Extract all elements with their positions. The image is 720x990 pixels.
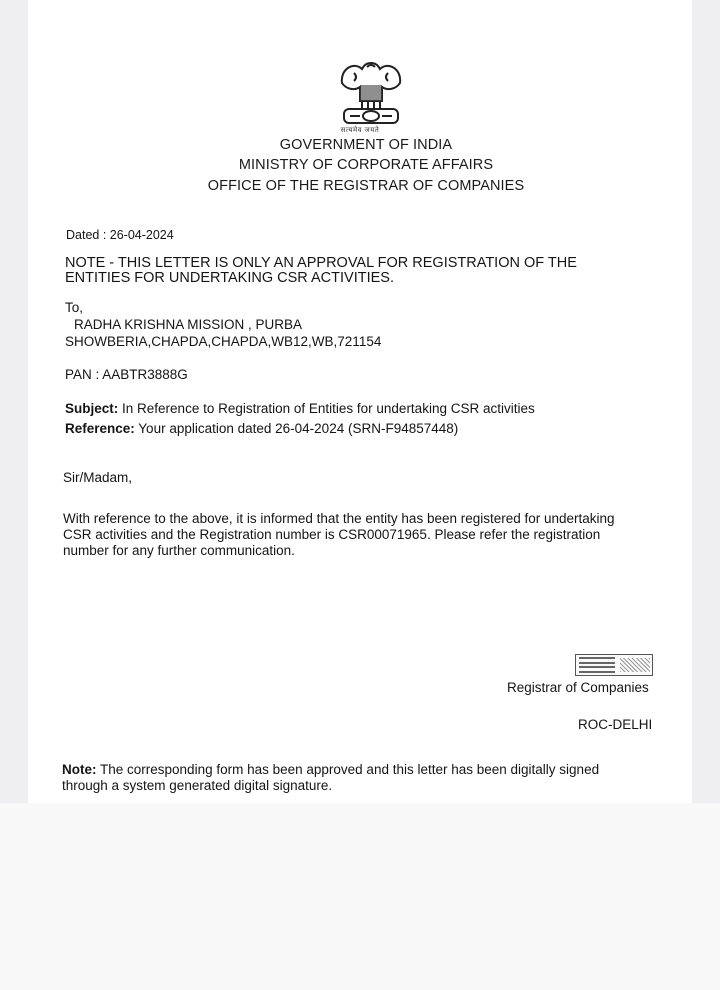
approval-note-line1: NOTE - THIS LETTER IS ONLY AN APPROVAL F… [65, 255, 577, 271]
subject-label: Subject: [65, 401, 118, 416]
letter-date: Dated : 26-04-2024 [66, 228, 174, 242]
subject-text: In Reference to Registration of Entities… [122, 401, 535, 416]
reference-label: Reference: [65, 421, 135, 436]
footnote-line2: through a system generated digital signa… [62, 778, 332, 793]
footnote-label: Note: [62, 762, 97, 777]
reference-line: Reference: Your application dated 26-04-… [65, 421, 458, 436]
footnote-text: The corresponding form has been approved… [100, 762, 599, 777]
digital-signature-stamp-icon [575, 654, 653, 676]
signatory-office: ROC-DELHI [578, 717, 652, 732]
header-government: GOVERNMENT OF INDIA [0, 137, 720, 153]
address-line1: RADHA KRISHNA MISSION , PURBA [74, 317, 302, 332]
approval-note-line2: ENTITIES FOR UNDERTAKING CSR ACTIVITIES. [65, 270, 394, 286]
addressee-label: To, [65, 300, 83, 315]
left-margin [0, 0, 28, 803]
subject-line: Subject: In Reference to Registration of… [65, 401, 535, 416]
body-line1: With reference to the above, it is infor… [63, 511, 615, 526]
address-line2: SHOWBERIA,CHAPDA,CHAPDA,WB12,WB,721154 [65, 334, 381, 349]
reference-text: Your application dated 26-04-2024 (SRN-F… [138, 421, 458, 436]
footnote-line1: Note: The corresponding form has been ap… [62, 762, 599, 777]
right-margin [692, 0, 720, 803]
emblem-motto: सत्यमेव जयते [0, 126, 720, 135]
national-emblem-icon [332, 55, 410, 135]
header-office: OFFICE OF THE REGISTRAR OF COMPANIES [0, 178, 720, 194]
salutation: Sir/Madam, [63, 470, 132, 485]
body-line2: CSR activities and the Registration numb… [63, 527, 600, 542]
body-line3: number for any further communication. [63, 543, 295, 558]
pan-number: PAN : AABTR3888G [65, 367, 188, 382]
signatory-title: Registrar of Companies [507, 680, 649, 695]
header-ministry: MINISTRY OF CORPORATE AFFAIRS [0, 157, 720, 173]
